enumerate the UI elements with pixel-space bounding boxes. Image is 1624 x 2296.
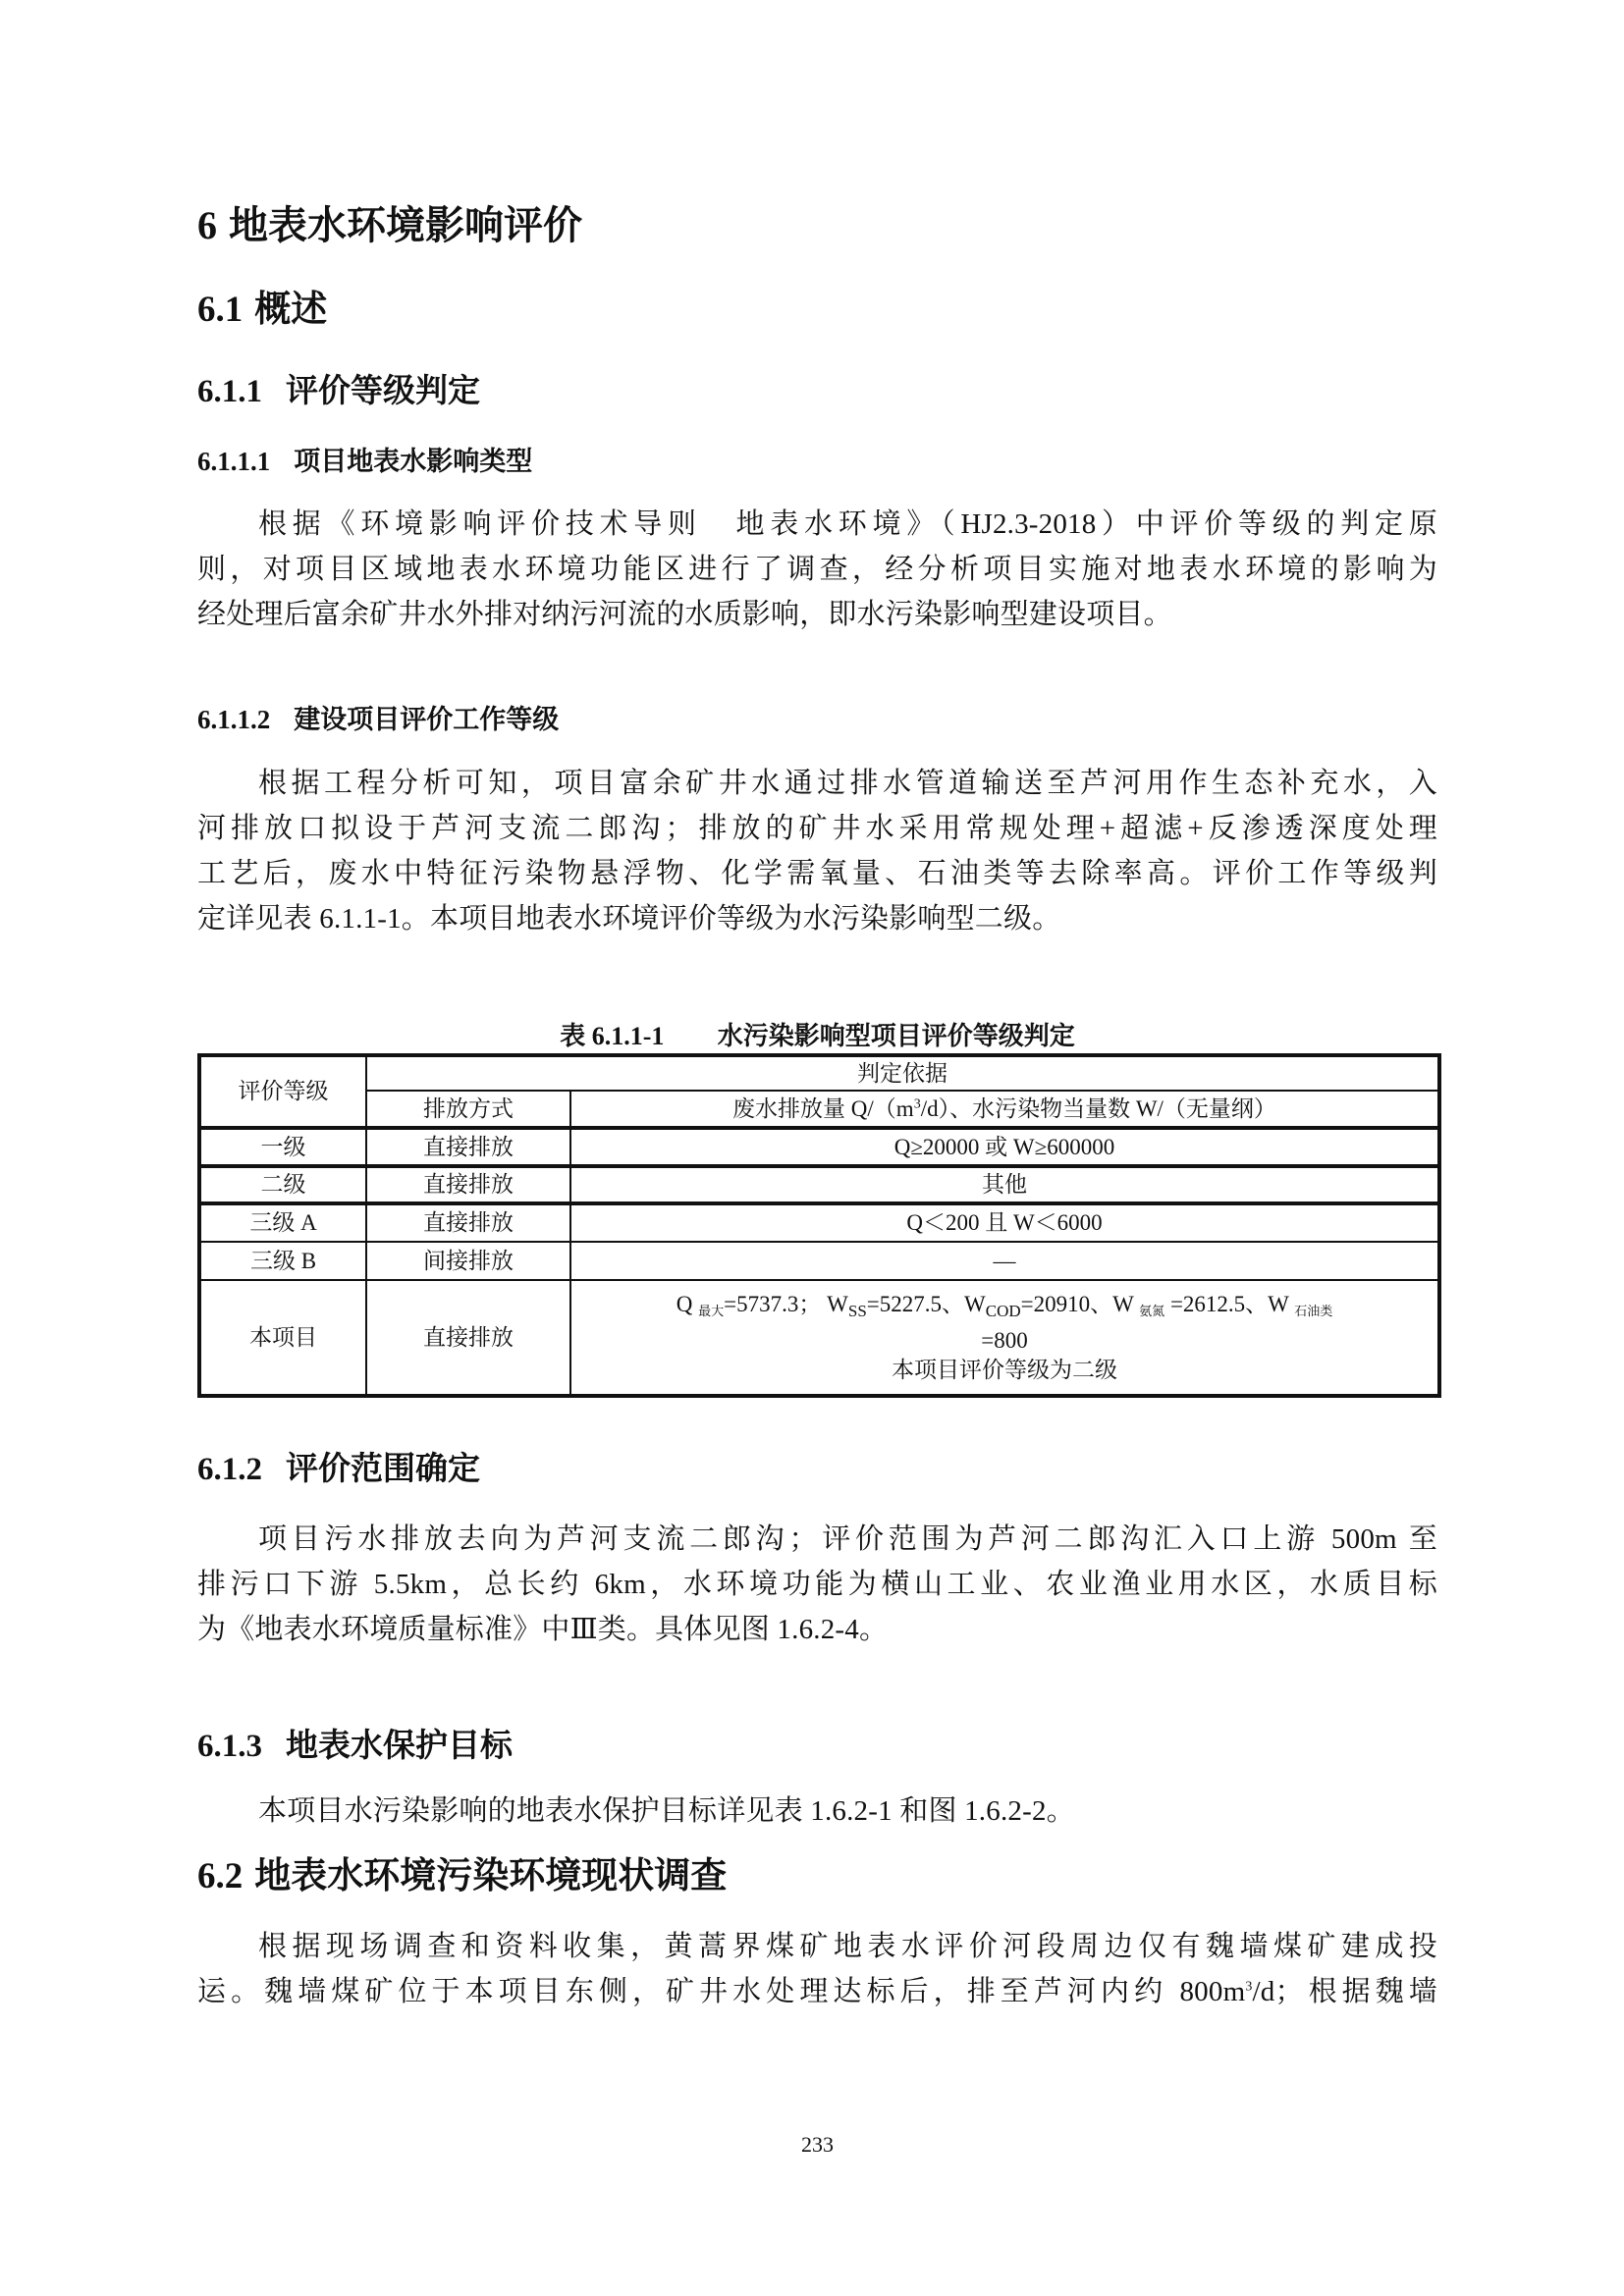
table-row: 一级 直接排放 Q≥20000 或 W≥600000 [199, 1128, 1439, 1166]
table-row: 二级 直接排放 其他 [199, 1166, 1439, 1203]
subsection-heading-scope: 6.1.2评价范围确定 [197, 1448, 480, 1490]
chapter-heading: 6地表水环境影响评价 [197, 201, 582, 250]
wcod-label: W [964, 1292, 986, 1316]
chapter-title: 地表水环境影响评价 [229, 203, 582, 248]
subsubsection-heading-type: 6.1.1.1项目地表水影响类型 [197, 444, 532, 480]
paragraph-line: 根据《环境影响评价技术导则 地表水环境》（HJ2.3-2018）中评价等级的判定… [197, 502, 1437, 547]
project-conclusion: 本项目评价等级为二级 [575, 1356, 1434, 1385]
section-number: 6.2 [197, 1856, 243, 1896]
cell-grade: 二级 [199, 1166, 366, 1203]
table-caption-title: 水污染影响型项目评价等级判定 [718, 1022, 1075, 1051]
table-subheader-row: 排放方式 废水排放量 Q/（m3/d）、水污染物当量数 W/（无量纲） [199, 1091, 1439, 1128]
table-row: 三级 B 间接排放 — [199, 1242, 1439, 1280]
cell-grade: 三级 A [199, 1203, 366, 1242]
cell-method: 直接排放 [366, 1128, 570, 1166]
paragraph-line: 工艺后，废水中特征污染物悬浮物、化学需氧量、石油类等去除率高。评价工作等级判 [197, 851, 1437, 896]
section-heading-overview: 6.1概述 [197, 287, 327, 333]
header-criteria-sup: 3 [914, 1096, 921, 1111]
cell-method: 间接排放 [366, 1242, 570, 1280]
wn-subscript: 氨氮 [1139, 1304, 1164, 1318]
cell-method: 直接排放 [366, 1203, 570, 1242]
paragraph-line: 运。魏墙煤矿位于本项目东侧，矿井水处理达标后，排至芦河内约 800m3/d；根据… [197, 1969, 1437, 2014]
paragraph-line: 本项目水污染影响的地表水保护目标详见表 1.6.2-1 和图 1.6.2-2。 [197, 1789, 1437, 1834]
section-title: 概述 [254, 288, 327, 330]
cell-criteria: — [570, 1242, 1439, 1280]
subsubsection-number: 6.1.1.2 [197, 705, 270, 734]
header-criteria: 废水排放量 Q/（m3/d）、水污染物当量数 W/（无量纲） [570, 1091, 1439, 1128]
header-criteria-text: 废水排放量 Q/（m [732, 1096, 914, 1121]
paragraph-line: 排污口下游 5.5km，总长约 6km，水环境功能为横山工业、农业渔业用水区，水… [197, 1562, 1437, 1607]
section-heading-survey: 6.2地表水环境污染环境现状调查 [197, 1853, 727, 1899]
cell-grade: 一级 [199, 1128, 366, 1166]
cell-grade: 本项目 [199, 1280, 366, 1396]
wss-label: W [827, 1292, 848, 1316]
subsection-number: 6.1.2 [197, 1452, 262, 1487]
cell-grade: 三级 B [199, 1242, 366, 1280]
wss-subscript: SS [848, 1302, 867, 1320]
subsection-heading-protection: 6.1.3地表水保护目标 [197, 1725, 513, 1767]
line-text: /d；根据魏墙 [1253, 1976, 1437, 2007]
paragraph-protection: 本项目水污染影响的地表水保护目标详见表 1.6.2-1 和图 1.6.2-2。 [197, 1789, 1437, 1834]
header-method: 排放方式 [366, 1091, 570, 1128]
paragraph-survey: 根据现场调查和资料收集，黄蒿界煤矿地表水评价河段周边仅有魏墙煤矿建成投 运。魏墙… [197, 1924, 1437, 2014]
subsection-title: 地表水保护目标 [286, 1726, 513, 1764]
subsubsection-number: 6.1.1.1 [197, 447, 270, 476]
wn-label: W [1112, 1292, 1133, 1316]
section-title: 地表水环境污染环境现状调查 [254, 1854, 727, 1896]
superscript: 3 [1245, 1979, 1252, 1994]
paragraph-line: 为《地表水环境质量标准》中Ⅲ类。具体见图 1.6.2-4。 [197, 1607, 1437, 1652]
table-row-project: 本项目 直接排放 Q 最大=5737.3； WSS=5227.5、WCOD=20… [199, 1280, 1439, 1396]
cell-method: 直接排放 [366, 1166, 570, 1203]
grade-determination-table: 评价等级 判定依据 排放方式 废水排放量 Q/（m3/d）、水污染物当量数 W/… [197, 1053, 1441, 1398]
cell-criteria-project: Q 最大=5737.3； WSS=5227.5、WCOD=20910、W 氨氮 … [570, 1280, 1439, 1396]
table-caption: 表 6.1.1-1 水污染影响型项目评价等级判定 [197, 1020, 1437, 1053]
section-number: 6.1 [197, 290, 243, 330]
paragraph-line: 根据工程分析可知，项目富余矿井水通过排水管道输送至芦河用作生态补充水，入 [197, 761, 1437, 806]
table-header-row: 评价等级 判定依据 [199, 1055, 1439, 1091]
q-label: Q [677, 1292, 693, 1316]
subsubsection-title: 项目地表水影响类型 [294, 447, 532, 477]
wcod-value: =20910、 [1021, 1292, 1112, 1316]
paragraph-line: 项目污水排放去向为芦河支流二郎沟；评价范围为芦河二郎沟汇入口上游 500m 至 [197, 1517, 1437, 1562]
paragraph-line: 河排放口拟设于芦河支流二郎沟；排放的矿井水采用常规处理+超滤+反渗透深度处理 [197, 806, 1437, 851]
cell-criteria: 其他 [570, 1166, 1439, 1203]
paragraph-line: 定详见表 6.1.1-1。本项目地表水环境评价等级为水污染影响型二级。 [197, 896, 1437, 941]
woil-value: =800 [981, 1328, 1027, 1353]
woil-subscript: 石油类 [1294, 1304, 1332, 1318]
header-criteria-text: /d）、水污染物当量数 W/（无量纲） [921, 1096, 1276, 1121]
paragraph-work-level: 根据工程分析可知，项目富余矿井水通过排水管道输送至芦河用作生态补充水，入 河排放… [197, 761, 1437, 941]
cell-criteria: Q≥20000 或 W≥600000 [570, 1128, 1439, 1166]
paragraph-scope: 项目污水排放去向为芦河支流二郎沟；评价范围为芦河二郎沟汇入口上游 500m 至 … [197, 1517, 1437, 1652]
subsection-heading-grade: 6.1.1评价等级判定 [197, 370, 480, 412]
paragraph-line: 根据现场调查和资料收集，黄蒿界煤矿地表水评价河段周边仅有魏墙煤矿建成投 [197, 1924, 1437, 1969]
subsection-title: 评价等级判定 [286, 371, 480, 409]
subsection-number: 6.1.1 [197, 374, 262, 409]
line-text: 运。魏墙煤矿位于本项目东侧，矿井水处理达标后，排至芦河内约 800m [197, 1976, 1245, 2007]
subsubsection-heading-level: 6.1.1.2建设项目评价工作等级 [197, 702, 559, 738]
cell-criteria: Q＜200 且 W＜6000 [570, 1203, 1439, 1242]
subsection-number: 6.1.3 [197, 1729, 262, 1764]
header-grade: 评价等级 [199, 1055, 366, 1128]
wss-value: =5227.5、 [867, 1292, 964, 1316]
wcod-subscript: COD [986, 1302, 1021, 1320]
woil-label: W [1268, 1292, 1288, 1316]
paragraph-line: 则，对项目区域地表水环境功能区进行了调查，经分析项目实施对地表水环境的影响为 [197, 547, 1437, 592]
header-basis: 判定依据 [366, 1055, 1439, 1091]
paragraph-line: 经处理后富余矿井水外排对纳污河流的水质影响，即水污染影响型建设项目。 [197, 592, 1437, 637]
q-value: =5737.3； [724, 1292, 821, 1316]
table-caption-number: 表 6.1.1-1 [560, 1022, 664, 1050]
q-subscript: 最大 [698, 1304, 724, 1318]
chapter-number: 6 [197, 203, 217, 247]
wn-value: =2612.5、 [1164, 1292, 1268, 1316]
paragraph-impact-type: 根据《环境影响评价技术导则 地表水环境》（HJ2.3-2018）中评价等级的判定… [197, 502, 1437, 637]
subsection-title: 评价范围确定 [286, 1449, 480, 1487]
cell-method: 直接排放 [366, 1280, 570, 1396]
project-values-line: Q 最大=5737.3； WSS=5227.5、WCOD=20910、W 氨氮 … [575, 1290, 1434, 1356]
table-row: 三级 A 直接排放 Q＜200 且 W＜6000 [199, 1203, 1439, 1242]
page-number: 233 [197, 2132, 1437, 2158]
subsubsection-title: 建设项目评价工作等级 [294, 705, 559, 735]
